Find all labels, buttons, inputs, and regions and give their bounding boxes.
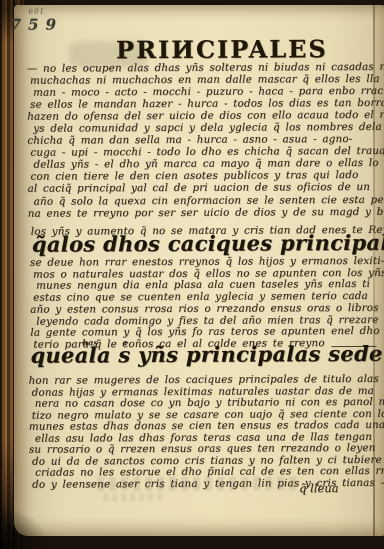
paragraph-ordinance-chicha: — no les ocupen alas dhas yñs solteras n… [27,61,380,237]
catchword: q̃ lleua [299,481,339,495]
folio-correction-number: 601 [29,8,45,16]
manuscript-photo: 601 759 PRIИCIPALES — no les ocupen alas… [0,0,384,549]
superscript-insertion: has [82,337,98,347]
section-heading-yndias-wrap: has a queala s yñs principalas sedeue: [30,341,384,368]
superscript-insertion: a [122,337,127,347]
ink-bleedthrough [103,493,163,501]
manuscript-page: 601 759 PRIИCIPALES — no les ocupen alas… [14,5,384,536]
paragraph-yndias-principalas: hon rar se mugeres de los caciques princ… [29,374,382,491]
folio-page-number: 759 [11,16,63,34]
section-heading-caciques: q̃alos dhos caciques principales [32,230,384,257]
corner-shadow [0,489,90,549]
page-title: PRIИCIPALES [13,34,383,65]
ink-bleedthrough [97,476,297,491]
page-text-layer: 601 759 PRIИCIPALES — no les ocupen alas… [13,4,384,537]
